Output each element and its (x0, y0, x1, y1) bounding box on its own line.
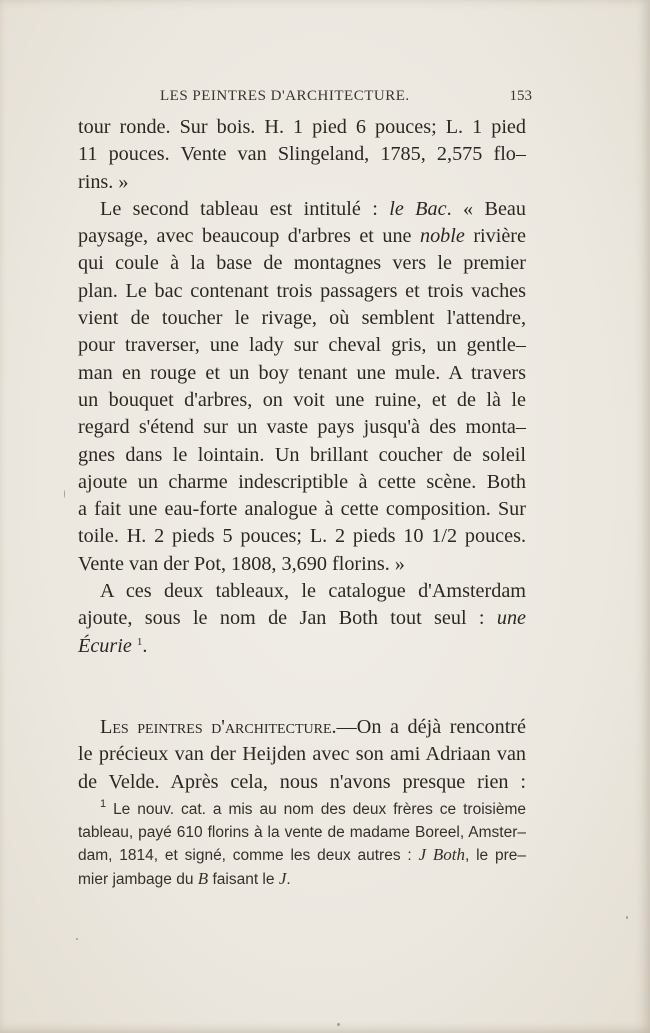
text-line: qui coule à la base de montagnes vers le… (78, 250, 526, 277)
italic-word: Écurie (78, 635, 132, 657)
text-line: le précieux van der Heijden avec son ami… (78, 741, 526, 768)
footnote-line: tableau, payé 610 florins à la vente de … (78, 822, 526, 845)
text-line: gnes dans le lointain. Un brillant couch… (78, 442, 526, 469)
footnote-line: 1 Le nouv. cat. a mis au nom des deux fr… (78, 799, 526, 822)
section-start: Les peintres d'architecture.—On a déjà r… (78, 714, 526, 741)
paper-speck (337, 1023, 340, 1026)
text-line: plan. Le bac contenant trois passagers e… (78, 278, 526, 305)
section-heading: Les peintres d'architecture. (100, 716, 337, 738)
text-line: man en rouge et un boy tenant une mule. … (78, 360, 526, 387)
paragraph-start: A ces deux tableaux, le catalogue d'Amst… (78, 578, 526, 605)
book-page: LES PEINTRES D'ARCHITECTURE. 153 tour ro… (0, 0, 650, 1033)
paper-speck (76, 938, 78, 940)
paragraph-start: Le second tableau est intitulé : le Bac.… (78, 196, 526, 223)
paper-speck (626, 916, 628, 919)
section-gap (78, 660, 526, 714)
running-head: LES PEINTRES D'ARCHITECTURE. 153 (160, 88, 532, 105)
text-line: ajoute un charme indescriptible à cette … (78, 469, 526, 496)
text-line: ajoute, sous le nom de Jan Both tout seu… (78, 605, 526, 632)
text-line: regard s'étend sur un vaste pays jusqu'à… (78, 414, 526, 441)
body-text: tour ronde. Sur bois. H. 1 pied 6 pouces… (78, 114, 526, 796)
text-line: Vente van der Pot, 1808, 3,690 florins. … (78, 551, 526, 578)
footnote-line: dam, 1814, et signé, comme les deux autr… (78, 844, 526, 868)
text-line: rins. » (78, 169, 526, 196)
text-line: de Velde. Après cela, nous n'avons presq… (78, 769, 526, 796)
italic-title: le Bac (389, 198, 446, 220)
text-line: paysage, avec beaucoup d'arbres et une n… (78, 223, 526, 250)
text-line: 11 pouces. Vente van Slingeland, 1785, 2… (78, 141, 526, 168)
italic-word: une (497, 607, 526, 629)
text-line: a fait une eau-forte analogue à cette co… (78, 496, 526, 523)
running-head-title: LES PEINTRES D'ARCHITECTURE. (160, 88, 410, 105)
page-number: 153 (510, 88, 533, 105)
italic-word: noble (420, 225, 465, 247)
text-line: Écurie 1. (78, 633, 526, 660)
text-line: tour ronde. Sur bois. H. 1 pied 6 pouces… (78, 114, 526, 141)
text-line: vient de toucher le rivage, où semblent … (78, 305, 526, 332)
text-line: un bouquet d'arbres, on voit une ruine, … (78, 387, 526, 414)
paper-speck (64, 490, 65, 498)
footnote-line: mier jambage du B faisant le J. (78, 868, 526, 892)
text-line: toile. H. 2 pieds 5 pouces; L. 2 pieds 1… (78, 523, 526, 550)
text-line: pour traverser, une lady sur cheval gris… (78, 332, 526, 359)
footnote: 1 Le nouv. cat. a mis au nom des deux fr… (78, 799, 526, 891)
